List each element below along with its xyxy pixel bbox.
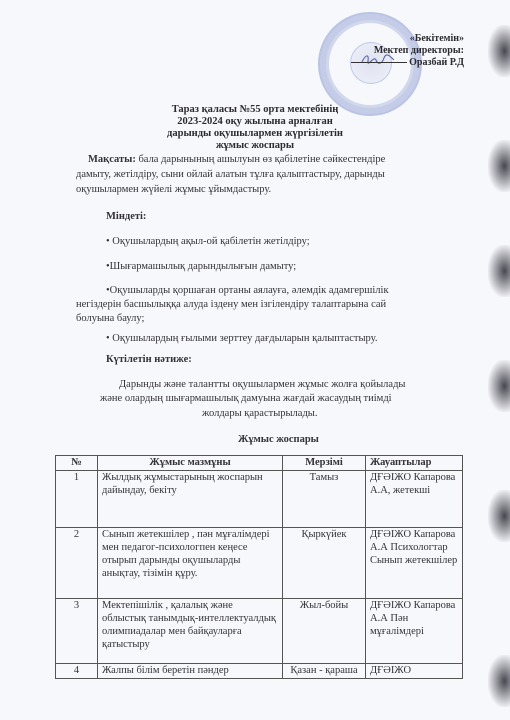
goal-text: бала дарынының ашылуын өз қабілетіне сәй… [136,154,386,165]
document-title: Тараз қаласы №55 орта мектебінің 2023-20… [0,104,510,152]
row-task: Жылдық жұмыстарының жоспарын дайындау, б… [98,471,283,528]
binder-hole-shadow [488,655,510,707]
row-number: 1 [56,471,98,528]
task-item: • Оқушылардың ғылыми зерттеу дағдыларын … [106,332,377,346]
approval-signer: Оразбай Р.Д [409,57,464,68]
title-line: дарынды оқушылармен жүргізілетін [0,128,510,140]
row-deadline: Қазан - қараша [283,664,366,679]
task-item: болуына баулу; [76,312,144,326]
result-text: және олардың шығармашылық дамуына жағдай… [100,392,392,406]
row-deadline: Тамыз [283,471,366,528]
task-item: •Оқушыларды қоршаған ортаны аялауға, әле… [106,284,389,298]
row-responsible: ДҒӘІЖО [366,664,463,679]
column-header-content: Жұмыс мазмұны [98,456,283,471]
binder-hole-shadow [488,140,510,192]
row-task: Жалпы білім беретін пәндер [98,664,283,679]
task-item: негіздерін басшылыққа алуда іздену мен і… [76,298,386,312]
column-header-deadline: Мерзімі [283,456,366,471]
row-number: 3 [56,599,98,664]
table-row: 4 Жалпы білім беретін пәндер Қазан - қар… [56,664,463,679]
column-header-number: № [56,456,98,471]
table-row: 1 Жылдық жұмыстарының жоспарын дайындау,… [56,471,463,528]
title-line: Тараз қаласы №55 орта мектебінің [0,104,510,116]
task-item: • Оқушылардың ақыл-ой қабілетін жетілдір… [106,235,310,249]
document-page: «Бекітемін» Мектеп директоры: Оразбай Р.… [0,0,510,720]
goal-text: дамыту, жетілдіру, сыни ойлай алатын тұл… [76,168,385,182]
goal-paragraph: Мақсаты: бала дарынының ашылуын өз қабіл… [88,153,385,167]
task-item: •Шығармашылық дарындылығын дамыту; [106,260,296,274]
result-text: жолдары қарастырылады. [202,407,317,421]
binder-hole-shadow [488,245,510,297]
plan-heading: Жұмыс жоспары [238,433,319,447]
row-task: Сынып жетекшілер , пән мұғалімдері мен п… [98,528,283,599]
table-row: 2 Сынып жетекшілер , пән мұғалімдері мен… [56,528,463,599]
row-task: Мектепішілік , қалалық және облыстық тан… [98,599,283,664]
binder-hole-shadow [488,360,510,412]
binder-hole-shadow [488,25,510,77]
row-deadline: Қыркүйек [283,528,366,599]
row-deadline: Жыл-бойы [283,599,366,664]
column-header-responsible: Жауаптылар [366,456,463,471]
title-line: 2023-2024 оқу жылына арналған [0,116,510,128]
approval-label: «Бекітемін» [351,33,464,45]
tasks-label: Міндеті: [106,210,146,224]
signature-line [351,62,407,63]
approval-position: Мектеп директоры: [351,45,464,57]
approval-block: «Бекітемін» Мектеп директоры: Оразбай Р.… [351,33,464,69]
result-text: Дарынды және талантты оқушылармен жұмыс … [119,378,405,392]
work-plan-table: № Жұмыс мазмұны Мерзімі Жауаптылар 1 Жыл… [55,455,463,679]
row-responsible: ДҒӘІЖО Капарова А.А, жетекші [366,471,463,528]
binder-hole-shadow [488,490,510,542]
goal-text: оқушылармен жүйелі жұмыс ұйымдастыру. [76,183,271,197]
goal-label: Мақсаты: [88,154,136,165]
title-line: жұмыс жоспары [0,140,510,152]
row-responsible: ДҒӘІЖО Капарова А.А Пән мұғалімдері [366,599,463,664]
row-number: 4 [56,664,98,679]
row-responsible: ДҒӘІЖО Капарова А.А Психологтар Сынып же… [366,528,463,599]
row-number: 2 [56,528,98,599]
result-label: Күтілетін нәтиже: [106,353,192,367]
table-row: 3 Мектепішілік , қалалық және облыстық т… [56,599,463,664]
table-header-row: № Жұмыс мазмұны Мерзімі Жауаптылар [56,456,463,471]
